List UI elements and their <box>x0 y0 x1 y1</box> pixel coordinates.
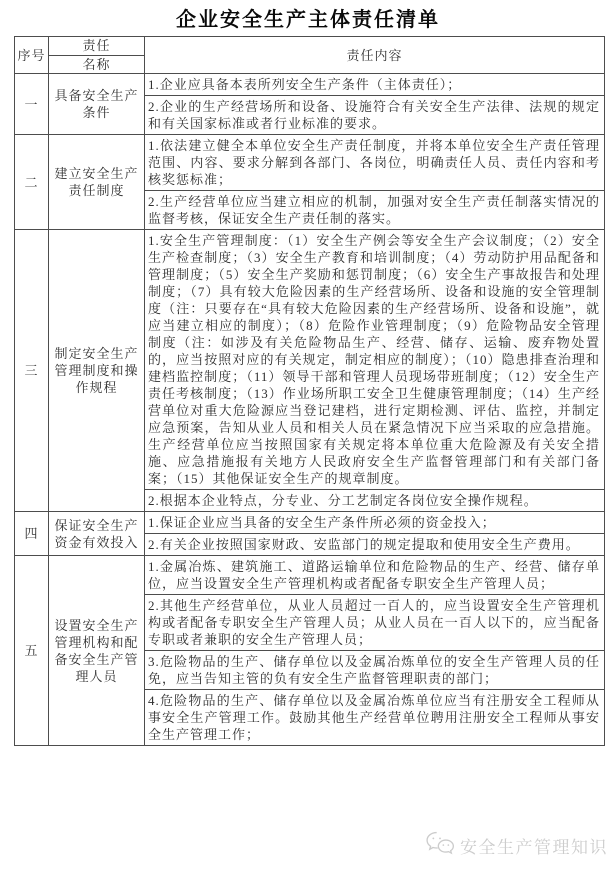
row-name: 保证安全生产资金有效投入 <box>49 512 145 556</box>
wechat-icon <box>425 830 455 861</box>
row-number: 一 <box>15 74 49 135</box>
table-row: 四 保证安全生产资金有效投入 1.保证企业应当具备的安全生产条件所必须的资金投入… <box>15 512 605 556</box>
page-title: 企业安全生产主体责任清单 <box>0 0 616 32</box>
document-page: 企业安全生产主体责任清单 序号 责任 名称 责任内容 一 具备安全生产条件 1. <box>0 0 616 874</box>
row-name: 具备安全生产条件 <box>49 74 145 135</box>
header-content: 责任内容 <box>145 37 605 74</box>
content-item: 2.其他生产经营单位，从业人员超过一百人的，应当设置安全生产管理机构或者配备专职… <box>145 594 604 650</box>
table-row: 二 建立安全生产责任制度 1.依法建立健全本单位安全生产责任制度，并将本单位安全… <box>15 135 605 230</box>
table-header: 序号 责任 名称 责任内容 <box>15 37 605 74</box>
table-row: 一 具备安全生产条件 1.企业应具备本表所列安全生产条件（主体责任）； 2.企业… <box>15 74 605 135</box>
content-item: 2.生产经营单位应当建立相应的机制，加强对安全生产责任制落实情况的监督考核，保证… <box>145 190 604 229</box>
row-number: 五 <box>15 556 49 746</box>
row-content: 1.依法建立健全本单位安全生产责任制度，并将本单位安全生产责任管理范围、内容、要… <box>145 135 605 230</box>
content-item: 2.有关企业按照国家财政、安监部门的规定提取和使用安全生产费用。 <box>145 533 604 555</box>
header-responsibility: 责任 <box>49 37 144 56</box>
row-name: 建立安全生产责任制度 <box>49 135 145 230</box>
content-item: 4.危险物品的生产、储存单位以及金属冶炼单位应当有注册安全工程师从事安全生产管理… <box>145 689 604 745</box>
row-content: 1.金属冶炼、建筑施工、道路运输单位和危险物品的生产、经营、储存单位，应当设置安… <box>145 556 605 746</box>
row-content: 1.保证企业应当具备的安全生产条件所必须的资金投入； 2.有关企业按照国家财政、… <box>145 512 605 556</box>
table-row: 五 设置安全生产管理机构和配备安全生产管理人员 1.金属冶炼、建筑施工、道路运输… <box>15 556 605 746</box>
content-item: 2.根据本企业特点，分专业、分工艺制定各岗位安全操作规程。 <box>145 489 604 511</box>
row-content: 1.安全生产管理制度：（1）安全生产例会等安全生产会议制度；（2）安全生产检查制… <box>145 230 605 512</box>
content-item: 1.保证企业应当具备的安全生产条件所必须的资金投入； <box>145 512 604 533</box>
content-item: 3.危险物品的生产、储存单位以及金属冶炼单位的安全生产管理人员的任免，应当告知主… <box>145 650 604 689</box>
row-number: 四 <box>15 512 49 556</box>
content-item: 1.依法建立健全本单位安全生产责任制度，并将本单位安全生产责任管理范围、内容、要… <box>145 135 604 190</box>
content-item: 1.金属冶炼、建筑施工、道路运输单位和危险物品的生产、经营、储存单位，应当设置安… <box>145 556 604 594</box>
row-name: 制定安全生产管理制度和操作规程 <box>49 230 145 512</box>
watermark: 安全生产管理知识 <box>425 830 608 861</box>
header-name: 名称 <box>49 56 144 74</box>
responsibility-table: 序号 责任 名称 责任内容 一 具备安全生产条件 1.企业应具备本表所列安全生产… <box>14 36 605 746</box>
content-item: 1.企业应具备本表所列安全生产条件（主体责任）； <box>145 74 604 95</box>
row-content: 1.企业应具备本表所列安全生产条件（主体责任）； 2.企业的生产经营场所和设备、… <box>145 74 605 135</box>
table-row: 三 制定安全生产管理制度和操作规程 1.安全生产管理制度：（1）安全生产例会等安… <box>15 230 605 512</box>
watermark-text: 安全生产管理知识 <box>460 833 608 858</box>
content-item: 2.企业的生产经营场所和设备、设施符合有关安全生产法律、法规的规定和有关国家标准… <box>145 95 604 134</box>
content-item: 1.安全生产管理制度：（1）安全生产例会等安全生产会议制度；（2）安全生产检查制… <box>145 230 604 489</box>
row-name: 设置安全生产管理机构和配备安全生产管理人员 <box>49 556 145 746</box>
header-seq: 序号 <box>15 37 49 74</box>
header-responsibility-name: 责任 名称 <box>49 37 145 74</box>
row-number: 三 <box>15 230 49 512</box>
row-number: 二 <box>15 135 49 230</box>
